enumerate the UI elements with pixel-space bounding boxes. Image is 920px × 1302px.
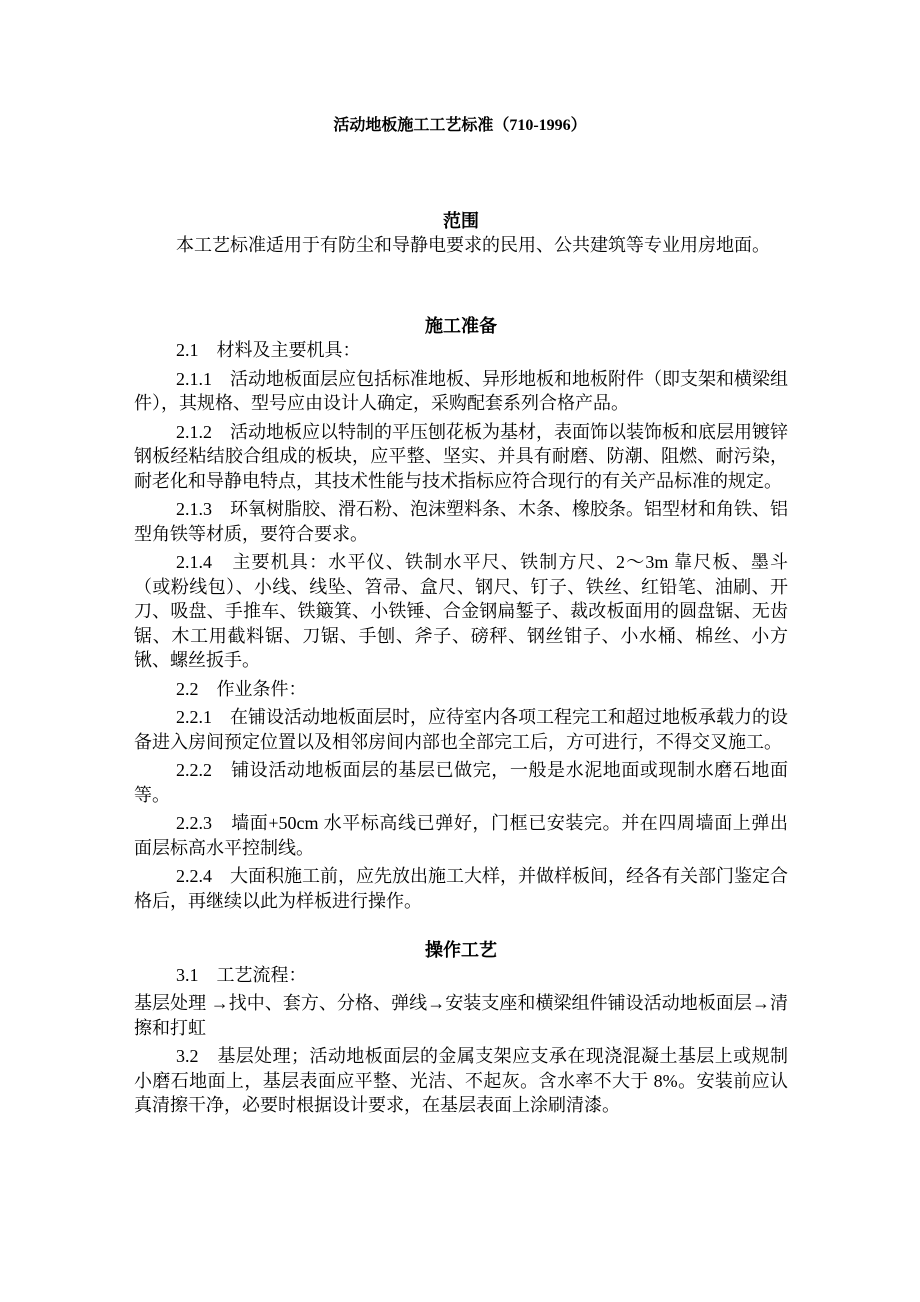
prep-paragraph-2-1-1: 2.1.1 活动地板面层应包括标准地板、异形地板和地板附件（即支架和横梁组件），… bbox=[134, 367, 788, 416]
prep-paragraph-2-2-1: 2.2.1 在铺设活动地板面层时，应待室内各项工程完工和超过地板承载力的设备进入… bbox=[134, 705, 788, 754]
prep-paragraph-2-2: 2.2 作业条件： bbox=[134, 677, 788, 702]
section-heading-preparation: 施工准备 bbox=[134, 314, 788, 339]
section-heading-scope: 范围 bbox=[134, 209, 788, 234]
document-title: 活动地板施工工艺标准（710-1996） bbox=[0, 0, 920, 139]
oper-paragraph-3-2: 3.2 基层处理；活动地板面层的金属支架应支承在现浇混凝土基层上或规制小磨石地面… bbox=[134, 1044, 788, 1118]
prep-paragraph-2-1-2: 2.1.2 活动地板应以特制的平压刨花板为基材，表面饰以装饰板和底层用镀锌钢板经… bbox=[134, 420, 788, 494]
prep-paragraph-2-2-3: 2.2.3 墙面+50cm 水平标高线已弹好，门框已安装完。并在四周墙面上弹出面… bbox=[134, 811, 788, 860]
scope-paragraph: 本工艺标准适用于有防尘和导静电要求的民用、公共建筑等专业用房地面。 bbox=[134, 233, 788, 258]
document-page: 活动地板施工工艺标准（710-1996） 范围 本工艺标准适用于有防尘和导静电要… bbox=[0, 0, 920, 1302]
document-content: 范围 本工艺标准适用于有防尘和导静电要求的民用、公共建筑等专业用房地面。 施工准… bbox=[134, 209, 788, 1118]
oper-paragraph-3-1: 3.1 工艺流程： bbox=[134, 963, 788, 988]
prep-paragraph-2-1-4: 2.1.4 主要机具：水平仪、铁制水平尺、铁制方尺、2～3m 靠尺板、墨斗（或粉… bbox=[134, 550, 788, 673]
prep-paragraph-2-1-3: 2.1.3 环氧树脂胶、滑石粉、泡沫塑料条、木条、橡胶条。铝型材和角铁、铝型角铁… bbox=[134, 497, 788, 546]
section-heading-operation: 操作工艺 bbox=[134, 938, 788, 963]
prep-paragraph-2-1: 2.1 材料及主要机具： bbox=[134, 338, 788, 363]
prep-paragraph-2-2-4: 2.2.4 大面积施工前，应先放出施工大样，并做样板间，经各有关部门鉴定合格后，… bbox=[134, 864, 788, 913]
oper-process-flow-line: 基层处理 →找中、套方、分格、弹线→安装支座和横梁组件铺设活动地板面层→清擦和打… bbox=[134, 991, 788, 1040]
prep-paragraph-2-2-2: 2.2.2 铺设活动地板面层的基层已做完，一般是水泥地面或现制水磨石地面等。 bbox=[134, 758, 788, 807]
